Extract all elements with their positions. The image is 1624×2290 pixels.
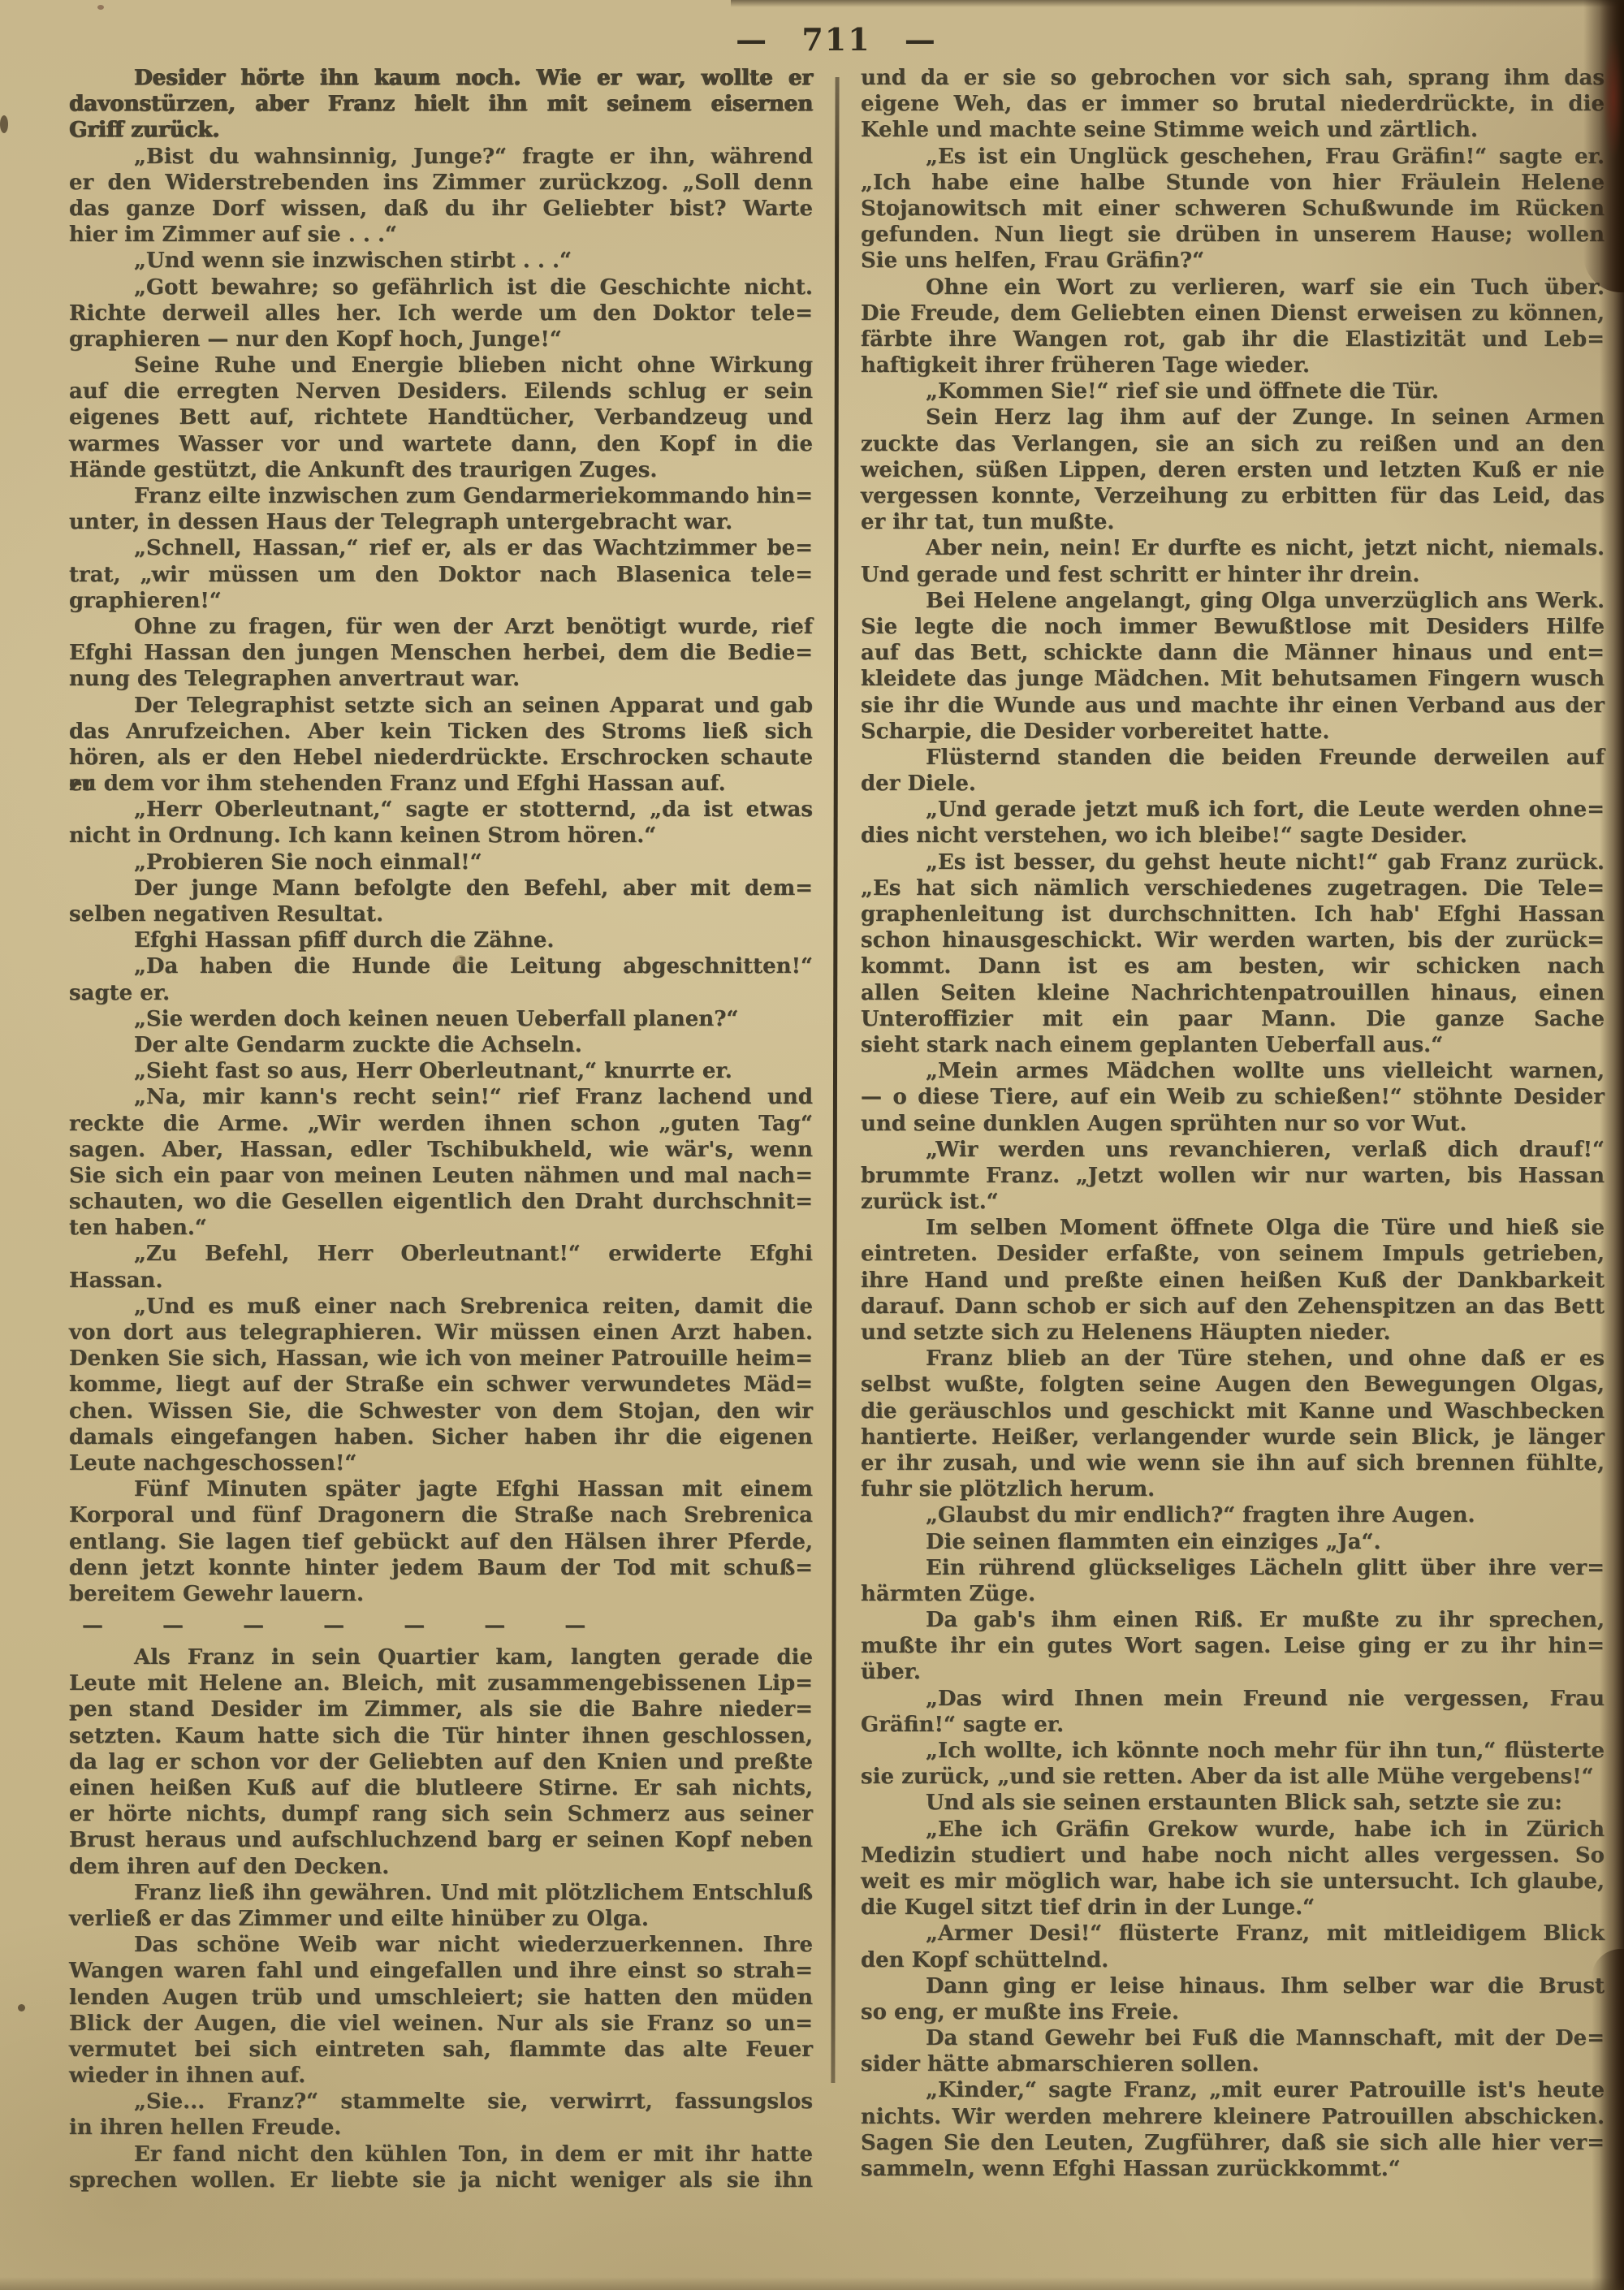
paragraph: „Na, mir kann's recht sein!“ rief Franz …: [69, 1084, 813, 1241]
paragraph: Franz ließ ihn gewähren. Und mit plötzli…: [69, 1880, 813, 1932]
text-line: auf das Bett, schickte dann die Männer h…: [861, 640, 1605, 666]
text-line: „Bist du wahnsinnig, Junge?“ fragte er i…: [69, 144, 813, 170]
paragraph: „Das wird Ihnen mein Freund nie vergesse…: [861, 1686, 1605, 1738]
text-line: zurück ist.“: [861, 1189, 1605, 1215]
text-line: Sie uns helfen, Frau Gräfin?“: [861, 248, 1605, 274]
text-line: dem ihren auf den Decken.: [69, 1854, 813, 1880]
text-line: Dann ging er leise hinaus. Ihm selber wa…: [861, 1973, 1605, 1999]
text-line: entlang. Sie lagen tief gebückt auf den …: [69, 1529, 813, 1555]
text-line: Wangen waren fahl und eingefallen und ih…: [69, 1958, 813, 1984]
ink-speck: [0, 115, 8, 133]
paragraph: „Da haben die Hunde die Leitung abgeschn…: [69, 953, 813, 1005]
text-line: komme, liegt auf der Straße ein schwer v…: [69, 1372, 813, 1398]
scan-edge-shadow-bottom-right: [1592, 1949, 1624, 2290]
paper-stain: [455, 955, 466, 965]
text-line: „Gott bewahre; so gefährlich ist die Ges…: [69, 274, 813, 300]
text-line: Gräfin!“ sagte er.: [861, 1712, 1605, 1738]
right-column: und da er sie so gebrochen vor sich sah,…: [861, 65, 1605, 2182]
paragraph: „Kommen Sie!“ rief sie und öffnete die T…: [861, 378, 1605, 404]
text-line: davonstürzen, aber Franz hielt ihn mit s…: [69, 91, 813, 117]
text-line: Efghi Hassan den jungen Menschen herbei,…: [69, 640, 813, 666]
text-line: Der junge Mann befolgte den Befehl, aber…: [69, 875, 813, 901]
text-line: brummte Franz. „Jetzt wollen wir nur war…: [861, 1163, 1605, 1189]
paragraph: Er fand nicht den kühlen Ton, in dem er …: [69, 2141, 813, 2193]
paragraph: „Gott bewahre; so gefährlich ist die Ges…: [69, 274, 813, 353]
text-line: Efghi Hassan pfiff durch die Zähne.: [69, 927, 813, 953]
text-line: weit es mir möglich war, habe ich sie un…: [861, 1869, 1605, 1895]
text-line: unter, in dessen Haus der Telegraph unte…: [69, 509, 813, 535]
text-line: Er fand nicht den kühlen Ton, in dem er …: [69, 2141, 813, 2167]
text-line: Bei Helene angelangt, ging Olga unverzüg…: [861, 588, 1605, 614]
text-line: hier im Zimmer auf sie . . .“: [69, 222, 813, 248]
paragraph: Der alte Gendarm zuckte die Achseln.: [69, 1032, 813, 1058]
paragraph: „Ich wollte, ich könnte noch mehr für ih…: [861, 1738, 1605, 1790]
text-line: sammeln, wenn Efghi Hassan zurückkommt.“: [861, 2156, 1605, 2182]
paragraph: Da stand Gewehr bei Fuß die Mannschaft, …: [861, 2025, 1605, 2077]
text-line: Ohne ein Wort zu verlieren, warf sie ein…: [861, 274, 1605, 300]
text-line: hantierte. Heißer, verlangender wurde se…: [861, 1424, 1605, 1450]
paragraph: Im selben Moment öffnete Olga die Türe u…: [861, 1215, 1605, 1346]
paragraph: „Schnell, Hassan,“ rief er, als er das W…: [69, 535, 813, 614]
text-line: „Wir werden uns revanchieren, verlaß dic…: [861, 1137, 1605, 1163]
paragraph: Das schöne Weib war nicht wiederzuerkenn…: [69, 1932, 813, 2089]
text-line: sprechen wollen. Er liebte sie ja nicht …: [69, 2167, 813, 2193]
paragraph: „Es ist besser, du gehst heute nicht!“ g…: [861, 849, 1605, 1059]
text-line: Der Telegraphist setzte sich an seinen A…: [69, 693, 813, 719]
text-line: Leute mit Helene an. Bleich, mit zusamme…: [69, 1670, 813, 1696]
text-line: „Und wenn sie inzwischen stirbt . . .“: [69, 248, 813, 274]
text-line: färbte ihre Wangen rot, gab ihr die Elas…: [861, 326, 1605, 352]
paragraph: Als Franz in sein Quartier kam, langten …: [69, 1644, 813, 1880]
page-number: — 711 —: [69, 21, 1604, 58]
text-line: hören, als er den Hebel niederdrückte. E…: [69, 745, 813, 771]
scan-edge-shadow-right: [1600, 0, 1624, 2290]
section-divider: — — — — — — —: [69, 1607, 813, 1644]
text-line: sagte er.: [69, 980, 813, 1006]
text-line: nichts. Wir werden mehrere kleinere Patr…: [861, 2104, 1605, 2130]
paragraph: Aber nein, nein! Er durfte es nicht, jet…: [861, 535, 1605, 587]
paragraph: Flüsternd standen die beiden Freunde der…: [861, 745, 1605, 797]
text-line: über.: [861, 1659, 1605, 1685]
text-line: der Diele.: [861, 771, 1605, 797]
text-line: sie ihr die Wunde aus und machte ihr ein…: [861, 693, 1605, 719]
text-line: Franz eilte inzwischen zum Gendarmerieko…: [69, 483, 813, 509]
text-line: Im selben Moment öffnete Olga die Türe u…: [861, 1215, 1605, 1241]
text-line: da lag er schon vor der Geliebten auf de…: [69, 1749, 813, 1775]
text-line: „Ehe ich Gräfin Grekow wurde, habe ich i…: [861, 1817, 1605, 1843]
text-line: er hörte nichts, dumpf rang sich sein Sc…: [69, 1801, 813, 1827]
text-line: setzten. Kaum hatte sich die Tür hinter …: [69, 1723, 813, 1749]
text-line: schon hinausgeschickt. Wir werden warten…: [861, 927, 1605, 953]
paragraph: Der Telegraphist setzte sich an seinen A…: [69, 693, 813, 797]
paragraph: Efghi Hassan pfiff durch die Zähne.: [69, 927, 813, 953]
text-line: fuhr sie plötzlich herum.: [861, 1476, 1605, 1502]
text-line: selbst wußte, folgten seine Augen den Be…: [861, 1372, 1605, 1398]
paragraph: Dann ging er leise hinaus. Ihm selber wa…: [861, 1973, 1605, 2025]
paragraph: „Armer Desi!“ flüsterte Franz, mit mitle…: [861, 1921, 1605, 1972]
paragraph: und da er sie so gebrochen vor sich sah,…: [861, 65, 1605, 144]
text-line: Seine Ruhe und Energie blieben nicht ohn…: [69, 352, 813, 378]
paragraph: Der junge Mann befolgte den Befehl, aber…: [69, 875, 813, 927]
text-line: Ohne zu fragen, für wen der Arzt benötig…: [69, 614, 813, 640]
text-line: Sein Herz lag ihm auf der Zunge. In sein…: [861, 404, 1605, 430]
text-line: verließ er das Zimmer und eilte hinüber …: [69, 1906, 813, 1932]
paragraph: „Sie... Franz?“ stammelte sie, verwirrt,…: [69, 2089, 813, 2141]
text-line: Sie sich ein paar von meinen Leuten nähm…: [69, 1163, 813, 1189]
text-line: nicht in Ordnung. Ich kann keinen Strom …: [69, 823, 813, 849]
text-line: Die seinen flammten ein einziges „Ja“.: [861, 1529, 1605, 1555]
text-line: Leute nachgeschossen!“: [69, 1450, 813, 1476]
text-line: schauten, wo die Gesellen eigentlich den…: [69, 1189, 813, 1215]
text-line: Brust heraus und aufschluchzend barg er …: [69, 1827, 813, 1853]
text-line: eintreten. Desider erfaßte, von seinem I…: [861, 1241, 1605, 1267]
text-line: Sie legte die noch immer Bewußtlose mit …: [861, 614, 1605, 640]
text-line: lenden Augen trüb und umschleiert; sie h…: [69, 1985, 813, 2011]
text-line: Flüsternd standen die beiden Freunde der…: [861, 745, 1605, 771]
paragraph: „Ehe ich Gräfin Grekow wurde, habe ich i…: [861, 1817, 1605, 1921]
text-line: gefunden. Nun liegt sie drüben in unsere…: [861, 222, 1605, 248]
scan-edge-shadow-top: [731, 0, 1624, 7]
text-line: weichen, süßen Lippen, deren ersten und …: [861, 457, 1605, 483]
text-line: „Mein armes Mädchen wollte uns vielleich…: [861, 1058, 1605, 1084]
book-page: — 711 — Desider hörte ihn kaum noch. Wie…: [0, 0, 1624, 2290]
text-line: er den Widerstrebenden ins Zimmer zurück…: [69, 170, 813, 196]
paragraph: Desider hörte ihn kaum noch. Wie er war,…: [69, 65, 813, 144]
text-line: — o diese Tiere, auf ein Weib zu schieße…: [861, 1084, 1605, 1110]
text-line: Desider hörte ihn kaum noch. Wie er war,…: [69, 65, 813, 91]
paragraph: Fünf Minuten später jagte Efghi Hassan m…: [69, 1476, 813, 1607]
text-line: und da er sie so gebrochen vor sich sah,…: [861, 65, 1605, 91]
text-line: das ganze Dorf wissen, daß du ihr Gelieb…: [69, 196, 813, 222]
text-line: sider hätte abmarschieren sollen.: [861, 2051, 1605, 2077]
text-line: „Glaubst du mir endlich?“ fragten ihre A…: [861, 1502, 1605, 1528]
text-line: „Es ist ein Unglück geschehen, Frau Gräf…: [861, 144, 1605, 170]
text-line: Ein rührend glückseliges Lächeln glitt ü…: [861, 1555, 1605, 1581]
text-line: Das schöne Weib war nicht wiederzuerkenn…: [69, 1932, 813, 1958]
text-line: zuckte das Verlangen, sie an sich zu rei…: [861, 431, 1605, 457]
text-line: „Schnell, Hassan,“ rief er, als er das W…: [69, 535, 813, 561]
text-line: Fünf Minuten später jagte Efghi Hassan m…: [69, 1476, 813, 1502]
paragraph: „Es ist ein Unglück geschehen, Frau Gräf…: [861, 144, 1605, 274]
text-line: sieht stark nach einem geplanten Ueberfa…: [861, 1032, 1605, 1058]
text-line: härmten Züge.: [861, 1581, 1605, 1607]
text-line: Und gerade und fest schritt er hinter ih…: [861, 562, 1605, 588]
text-line: Franz blieb an der Türe stehen, und ohne…: [861, 1346, 1605, 1372]
text-line: „Na, mir kann's recht sein!“ rief Franz …: [69, 1084, 813, 1110]
text-line: Franz ließ ihn gewähren. Und mit plötzli…: [69, 1880, 813, 1906]
paragraph: „Sieht fast so aus, Herr Oberleutnant,“ …: [69, 1058, 813, 1084]
text-line: pen stand Desider im Zimmer, als sie die…: [69, 1696, 813, 1722]
text-line: reckte die Arme. „Wir werden ihnen schon…: [69, 1111, 813, 1137]
text-line: graphenleitung ist durchschnitten. Ich h…: [861, 901, 1605, 927]
text-line: graphieren — nur den Kopf hoch, Junge!“: [69, 326, 813, 352]
text-line: dies nicht verstehen, wo ich bleibe!“ sa…: [861, 823, 1605, 849]
text-line: sie zurück, „und sie retten. Aber da ist…: [861, 1764, 1605, 1790]
text-line: er ihr zusah, und wie wenn sie ihn auf s…: [861, 1450, 1605, 1476]
text-line: eigene Weh, das er immer so brutal niede…: [861, 91, 1605, 117]
text-line: wieder in ihnen auf.: [69, 2063, 813, 2089]
text-line: die geräuschlos und geschickt mit Kanne …: [861, 1398, 1605, 1424]
left-column: Desider hörte ihn kaum noch. Wie er war,…: [69, 65, 813, 2193]
paragraph: „Zu Befehl, Herr Oberleutnant!“ erwidert…: [69, 1241, 813, 1293]
text-line: Da stand Gewehr bei Fuß die Mannschaft, …: [861, 2025, 1605, 2051]
paragraph: Und als sie seinen erstaunten Blick sah,…: [861, 1790, 1605, 1816]
paragraph: „Glaubst du mir endlich?“ fragten ihre A…: [861, 1502, 1605, 1528]
paragraph: „Und es muß einer nach Srebrenica reiten…: [69, 1294, 813, 1476]
text-line: allen Seiten kleine Nachrichtenpatrouill…: [861, 980, 1605, 1006]
text-line: den Kopf schüttelnd.: [861, 1947, 1605, 1973]
text-line: „Herr Oberleutnant,“ sagte er stotternd,…: [69, 797, 813, 823]
text-line: nung des Telegraphen anvertraut war.: [69, 666, 813, 692]
paragraph: „Wir werden uns revanchieren, verlaß dic…: [861, 1137, 1605, 1216]
text-line: Blick der Augen, die viel weinen. Nur al…: [69, 2011, 813, 2037]
text-line: „Das wird Ihnen mein Freund nie vergesse…: [861, 1686, 1605, 1712]
text-line: „Und es muß einer nach Srebrenica reiten…: [69, 1294, 813, 1320]
text-line: darauf. Dann schob er sich auf den Zehen…: [861, 1294, 1605, 1320]
text-line: Denken Sie sich, Hassan, wie ich von mei…: [69, 1346, 813, 1372]
text-line: kommt. Dann ist es am besten, wir schick…: [861, 953, 1605, 979]
text-line: mußte ihr ein gutes Wort sagen. Leise gi…: [861, 1633, 1605, 1659]
text-line: Der alte Gendarm zuckte die Achseln.: [69, 1032, 813, 1058]
text-line: Richte derweil alles her. Ich werde um d…: [69, 300, 813, 326]
text-line: „Ich habe eine halbe Stunde von hier Frä…: [861, 170, 1605, 196]
text-line: Und als sie seinen erstaunten Blick sah,…: [861, 1790, 1605, 1816]
paragraph: Bei Helene angelangt, ging Olga unverzüg…: [861, 588, 1605, 745]
text-line: Korporal und fünf Dragonern die Straße n…: [69, 1502, 813, 1528]
paragraph: „Probieren Sie noch einmal!“: [69, 849, 813, 875]
ink-speck: [18, 2004, 25, 2011]
text-line: das Anrufzeichen. Aber kein Ticken des S…: [69, 719, 813, 745]
text-line: Als Franz in sein Quartier kam, langten …: [69, 1644, 813, 1670]
text-line: Unteroffizier mit ein paar Mann. Die gan…: [861, 1006, 1605, 1032]
text-line: Scharpie, die Desider vorbereitet hatte.: [861, 719, 1605, 745]
text-line: einen heißen Kuß auf die blutleere Stirn…: [69, 1775, 813, 1801]
column-divider-rule: [831, 77, 839, 2083]
text-line: „Ich wollte, ich könnte noch mehr für ih…: [861, 1738, 1605, 1764]
text-line: zu dem vor ihm stehenden Franz und Efghi…: [69, 771, 813, 797]
text-line: sagen. Aber, Hassan, edler Tschibukheld,…: [69, 1137, 813, 1163]
text-line: Sagen Sie den Leuten, Zugführer, daß sie…: [861, 2130, 1605, 2156]
text-line: eigenes Bett auf, richtete Handtücher, V…: [69, 404, 813, 430]
text-line: „Kinder,“ sagte Franz, „mit eurer Patrou…: [861, 2077, 1605, 2103]
paragraph: „Bist du wahnsinnig, Junge?“ fragte er i…: [69, 144, 813, 248]
scan-edge-red-tint: [1603, 37, 1624, 159]
scan-edge-shadow-bottom: [0, 2277, 1624, 2290]
text-line: Griff zurück.: [69, 117, 813, 143]
text-line: warmes Wasser vor und wartete dann, den …: [69, 431, 813, 457]
paragraph: Franz blieb an der Türe stehen, und ohne…: [861, 1346, 1605, 1502]
text-line: trat, „wir müssen um den Doktor nach Bla…: [69, 562, 813, 588]
text-line: „Kommen Sie!“ rief sie und öffnete die T…: [861, 378, 1605, 404]
text-line: Hassan.: [69, 1268, 813, 1294]
text-line: so eng, er mußte ins Freie.: [861, 1999, 1605, 2025]
text-line: Medizin studiert und habe noch nicht all…: [861, 1843, 1605, 1869]
text-line: „Es ist besser, du gehst heute nicht!“ g…: [861, 849, 1605, 875]
text-line: auf die erregten Nerven Desiders. Eilend…: [69, 378, 813, 404]
paragraph: „Herr Oberleutnant,“ sagte er stotternd,…: [69, 797, 813, 849]
paragraph: Da gab's ihm einen Riß. Er mußte zu ihr …: [861, 1607, 1605, 1686]
ink-speck: [97, 5, 104, 10]
paragraph: „Und gerade jetzt muß ich fort, die Leut…: [861, 797, 1605, 849]
text-line: in ihren hellen Freude.: [69, 2115, 813, 2141]
text-line: und seine dunklen Augen sprühten nur so …: [861, 1111, 1605, 1137]
text-line: ihre Hand und preßte einen heißen Kuß de…: [861, 1268, 1605, 1294]
text-line: „Und gerade jetzt muß ich fort, die Leut…: [861, 797, 1605, 823]
text-line: Aber nein, nein! Er durfte es nicht, jet…: [861, 535, 1605, 561]
text-line: Stojanowitsch mit einer schweren Schußwu…: [861, 196, 1605, 222]
text-line: denn jetzt konnte hinter jedem Baum der …: [69, 1555, 813, 1581]
text-line: von dort aus telegraphieren. Wir müssen …: [69, 1320, 813, 1346]
text-line: chen. Wissen Sie, die Schwester von dem …: [69, 1398, 813, 1424]
text-line: bereitem Gewehr lauern.: [69, 1581, 813, 1607]
text-line: vermutet bei sich eintreten sah, flammte…: [69, 2037, 813, 2063]
text-line: haftigkeit ihrer früheren Tage wieder.: [861, 352, 1605, 378]
paragraph: Sein Herz lag ihm auf der Zunge. In sein…: [861, 404, 1605, 535]
text-line: selben negativen Resultat.: [69, 901, 813, 927]
paragraph: „Kinder,“ sagte Franz, „mit eurer Patrou…: [861, 2077, 1605, 2182]
text-line: „Sie werden doch keinen neuen Ueberfall …: [69, 1006, 813, 1032]
paragraph: Ohne zu fragen, für wen der Arzt benötig…: [69, 614, 813, 693]
paragraph: „Mein armes Mädchen wollte uns vielleich…: [861, 1058, 1605, 1137]
paragraph: Franz eilte inzwischen zum Gendarmerieko…: [69, 483, 813, 535]
text-line: vergessen konnte, Verzeihung zu erbitten…: [861, 483, 1605, 509]
text-line: ten haben.“: [69, 1215, 813, 1241]
text-line: die Kugel sitzt tief drin in der Lunge.“: [861, 1895, 1605, 1921]
paragraph: Seine Ruhe und Energie blieben nicht ohn…: [69, 352, 813, 483]
text-line: Da gab's ihm einen Riß. Er mußte zu ihr …: [861, 1607, 1605, 1633]
paragraph: Die seinen flammten ein einziges „Ja“.: [861, 1529, 1605, 1555]
text-line: „Sieht fast so aus, Herr Oberleutnant,“ …: [69, 1058, 813, 1084]
text-line: Kehle und machte seine Stimme weich und …: [861, 117, 1605, 143]
text-line: „Armer Desi!“ flüsterte Franz, mit mitle…: [861, 1921, 1605, 1946]
text-line: „Zu Befehl, Herr Oberleutnant!“ erwidert…: [69, 1241, 813, 1267]
text-line: graphieren!“: [69, 588, 813, 614]
text-line: Hände gestützt, die Ankunft des traurige…: [69, 457, 813, 483]
text-line: damals eingefangen haben. Sicher haben i…: [69, 1424, 813, 1450]
paragraph: Ohne ein Wort zu verlieren, warf sie ein…: [861, 274, 1605, 379]
text-line: und setzte sich zu Helenens Häupten nied…: [861, 1320, 1605, 1346]
paragraph: „Sie werden doch keinen neuen Ueberfall …: [69, 1006, 813, 1032]
paragraph: Ein rührend glückseliges Lächeln glitt ü…: [861, 1555, 1605, 1607]
text-line: kleidete das junge Mädchen. Mit behutsam…: [861, 666, 1605, 692]
text-line: „Da haben die Hunde die Leitung abgeschn…: [69, 953, 813, 979]
text-line: „Sie... Franz?“ stammelte sie, verwirrt,…: [69, 2089, 813, 2115]
paragraph: „Und wenn sie inzwischen stirbt . . .“: [69, 248, 813, 274]
text-line: er ihr tat, tun mußte.: [861, 509, 1605, 535]
text-line: „Probieren Sie noch einmal!“: [69, 849, 813, 875]
text-line: Die Freude, dem Geliebten einen Dienst e…: [861, 300, 1605, 326]
text-line: „Es hat sich nämlich verschiedenes zuget…: [861, 875, 1605, 901]
